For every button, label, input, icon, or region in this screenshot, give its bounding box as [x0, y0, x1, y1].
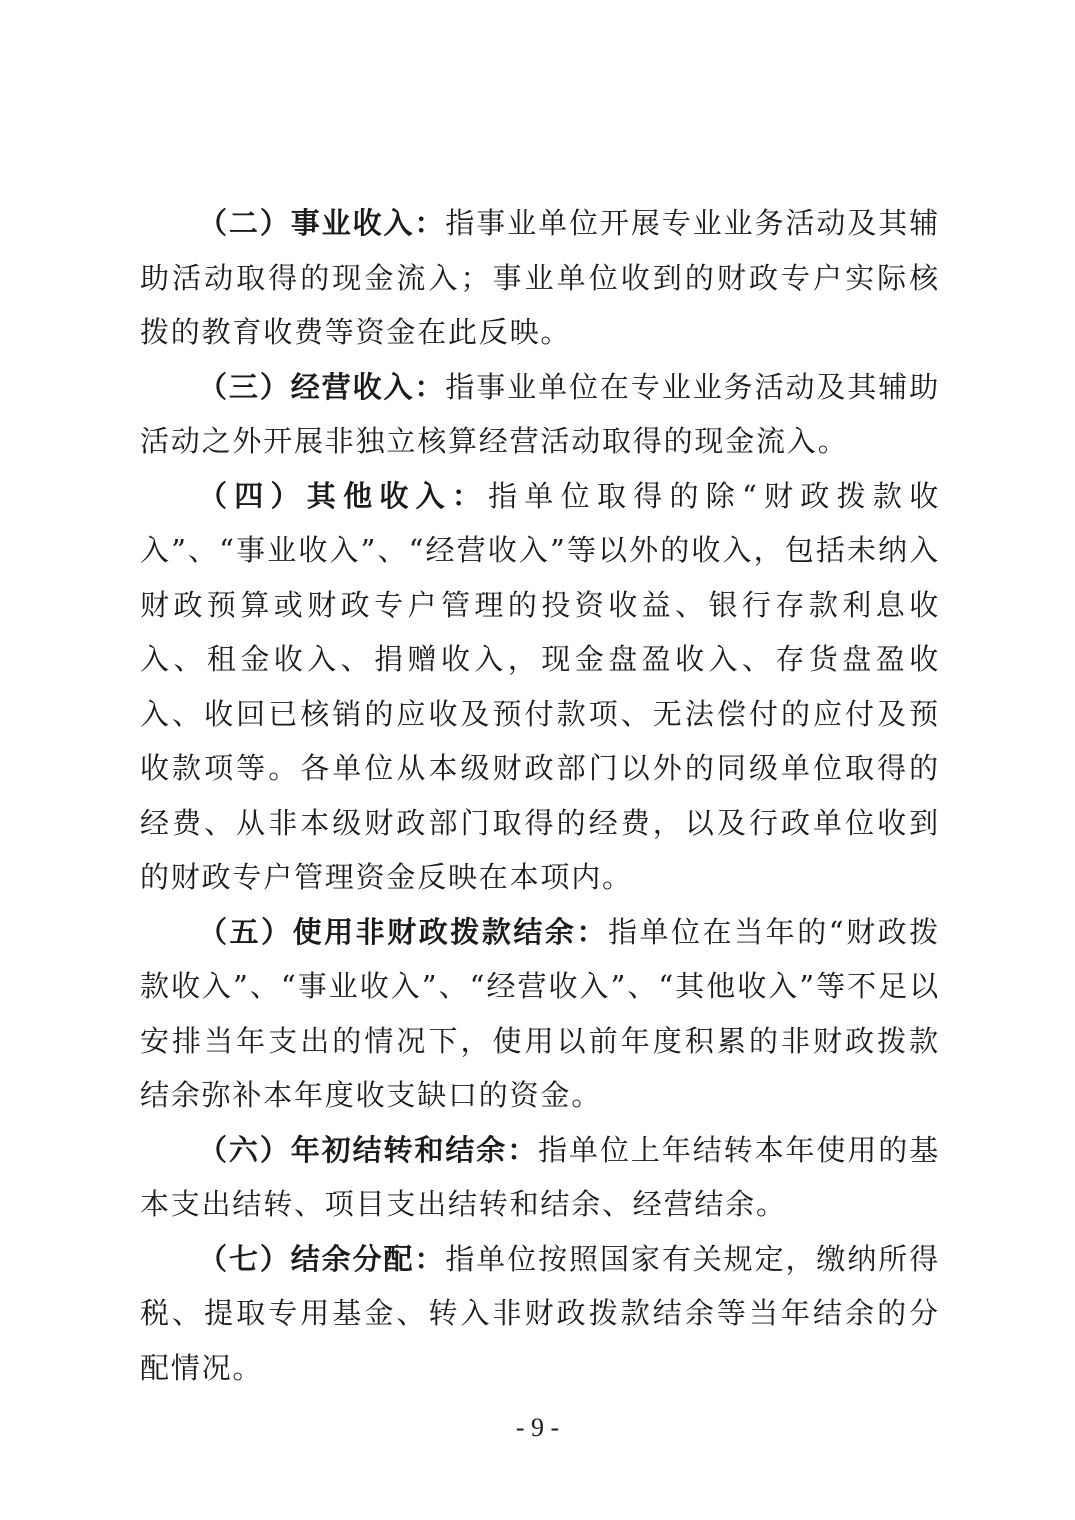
term-label: （三）经营收入： — [198, 370, 445, 404]
term-label: （七）结余分配： — [198, 1242, 445, 1276]
paragraph-balance-distribution: （七）结余分配：指单位按照国家有关规定，缴纳所得税、提取专用基金、转入非财政拨款… — [140, 1232, 940, 1396]
paragraph-non-fiscal-balance: （五）使用非财政拨款结余：指单位在当年的“财政拨款收入”、“事业收入”、“经营收… — [140, 905, 940, 1123]
paragraph-other-income: （四）其他收入：指单位取得的除“财政拨款收入”、“事业收入”、“经营收入”等以外… — [140, 469, 940, 905]
page-number: - 9 - — [0, 1413, 1075, 1443]
term-label: （四）其他收入： — [198, 479, 488, 513]
paragraph-business-income: （二）事业收入：指事业单位开展专业业务活动及其辅助活动取得的现金流入；事业单位收… — [140, 196, 940, 360]
paragraph-opening-carryover: （六）年初结转和结余：指单位上年结转本年使用的基本支出结转、项目支出结转和结余、… — [140, 1123, 940, 1232]
paragraph-operating-income: （三）经营收入：指事业单位在专业业务活动及其辅助活动之外开展非独立核算经营活动取… — [140, 360, 940, 469]
body-text: （二）事业收入：指事业单位开展专业业务活动及其辅助活动取得的现金流入；事业单位收… — [140, 196, 940, 1395]
term-label: （六）年初结转和结余： — [198, 1133, 538, 1167]
document-page: （二）事业收入：指事业单位开展专业业务活动及其辅助活动取得的现金流入；事业单位收… — [0, 0, 1075, 1520]
term-label: （二）事业收入： — [198, 206, 445, 240]
term-label: （五）使用非财政拨款结余： — [198, 915, 608, 949]
definition-text: 指单位取得的除“财政拨款收入”、“事业收入”、“经营收入”等以外的收入，包括未纳… — [140, 479, 940, 895]
